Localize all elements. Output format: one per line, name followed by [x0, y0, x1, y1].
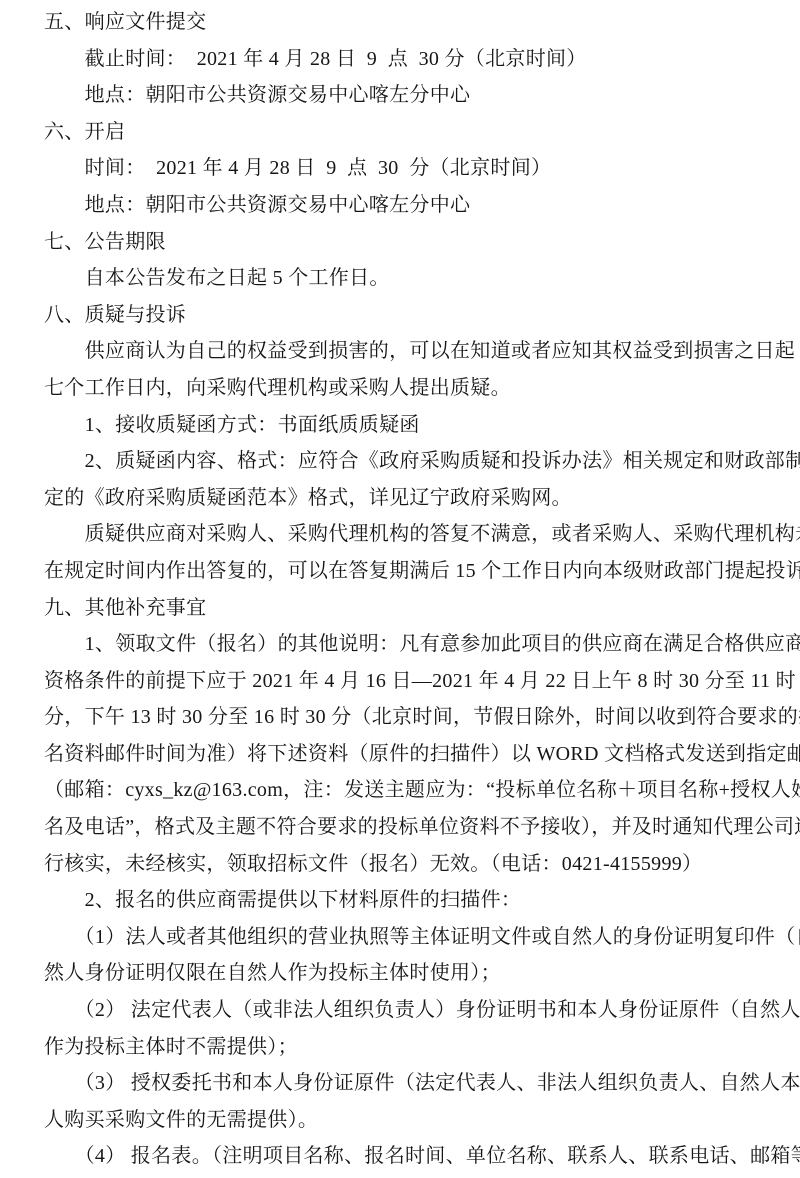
section-8-heading: 八、质疑与投诉 [44, 297, 758, 334]
paragraph-line: 2、报名的供应商需提供以下材料原件的扫描件： [44, 882, 758, 919]
announcement-period: 自本公告发布之日起 5 个工作日。 [44, 260, 758, 297]
section-9-heading: 九、其他补充事宜 [44, 590, 758, 627]
document-page: 五、响应文件提交 截止时间： 2021 年 4 月 28 日 9 点 30 分（… [0, 0, 800, 1178]
paragraph-line: 在规定时间内作出答复的，可以在答复期满后 15 个工作日内向本级财政部门提起投诉… [44, 553, 758, 590]
paragraph-line: 作为投标主体时不需提供）； [44, 1029, 758, 1066]
paragraph-line: （3） 授权委托书和本人身份证原件（法定代表人、非法人组织负责人、自然人本 [44, 1065, 758, 1102]
paragraph-line: 人购买采购文件的无需提供）。 [44, 1102, 758, 1139]
paragraph-line: 然人身份证明仅限在自然人作为投标主体时使用）； [44, 955, 758, 992]
paragraph-line: （2） 法定代表人（或非法人组织负责人）身份证明书和本人身份证原件（自然人 [44, 992, 758, 1029]
paragraph-line: 质疑供应商对采购人、采购代理机构的答复不满意，或者采购人、采购代理机构未 [44, 516, 758, 553]
paragraph-line: 资格条件的前提下应于 2021 年 4 月 16 日—2021 年 4 月 22… [44, 663, 758, 700]
paragraph-line: 名资料邮件时间为准）将下述资料（原件的扫描件）以 WORD 文档格式发送到指定邮… [44, 736, 758, 773]
paragraph-line: 供应商认为自己的权益受到损害的，可以在知道或者应知其权益受到损害之日起 [44, 333, 758, 370]
paragraph-line: 1、领取文件（报名）的其他说明：凡有意参加此项目的供应商在满足合格供应商 [44, 626, 758, 663]
paragraph-line: （邮箱：cyxs_kz@163.com，注：发送主题应为：“投标单位名称＋项目名… [44, 772, 758, 809]
paragraph-line: 2、质疑函内容、格式：应符合《政府采购质疑和投诉办法》相关规定和财政部制 [44, 443, 758, 480]
paragraph-line: （4） 报名表。（注明项目名称、报名时间、单位名称、联系人、联系电话、邮箱等 [44, 1138, 758, 1175]
section-5-heading: 五、响应文件提交 [44, 4, 758, 41]
document-content: 五、响应文件提交 截止时间： 2021 年 4 月 28 日 9 点 30 分（… [44, 4, 758, 1175]
paragraph-line: 1、接收质疑函方式：书面纸质质疑函 [44, 407, 758, 444]
paragraph-line: 行核实，未经核实，领取招标文件（报名）无效。（电话：0421-4155999） [44, 846, 758, 883]
section-7-heading: 七、公告期限 [44, 224, 758, 261]
submission-location: 地点：朝阳市公共资源交易中心喀左分中心 [44, 77, 758, 114]
section-6-heading: 六、开启 [44, 114, 758, 151]
submission-deadline: 截止时间： 2021 年 4 月 28 日 9 点 30 分（北京时间） [44, 41, 758, 78]
paragraph-line: （1）法人或者其他组织的营业执照等主体证明文件或自然人的身份证明复印件（自 [44, 919, 758, 956]
opening-location: 地点：朝阳市公共资源交易中心喀左分中心 [44, 187, 758, 224]
paragraph-line: 定的《政府采购质疑函范本》格式，详见辽宁政府采购网。 [44, 480, 758, 517]
paragraph-line: 七个工作日内，向采购代理机构或采购人提出质疑。 [44, 370, 758, 407]
opening-time: 时间： 2021 年 4 月 28 日 9 点 30 分（北京时间） [44, 150, 758, 187]
paragraph-line: 名及电话”，格式及主题不符合要求的投标单位资料不予接收），并及时通知代理公司进 [44, 809, 758, 846]
paragraph-line: 分，下午 13 时 30 分至 16 时 30 分（北京时间，节假日除外，时间以… [44, 699, 758, 736]
